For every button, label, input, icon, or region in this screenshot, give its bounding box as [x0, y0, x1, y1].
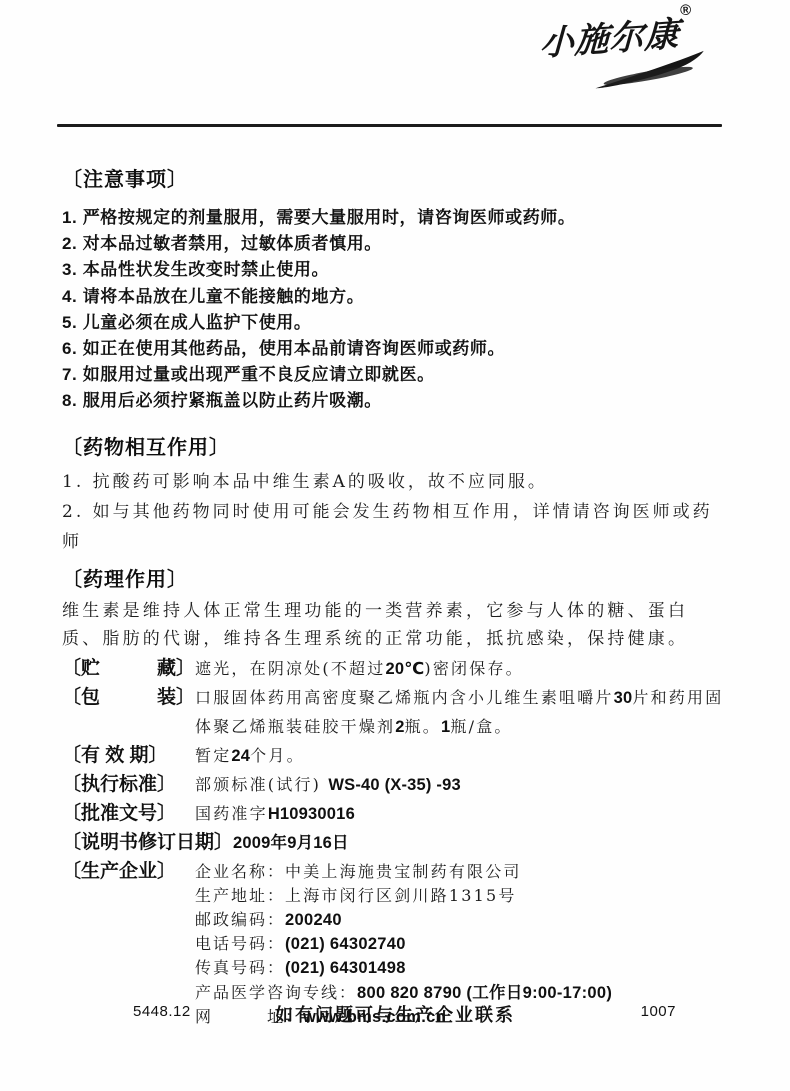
field-value-part: 瓶/盒。 [450, 717, 512, 736]
field-label-standard: 〔执行标准〕 [62, 771, 195, 799]
field-row-revision-date: 〔说明书修订日期〕 2009年9月16日 [62, 829, 724, 857]
field-value-part: 20℃ [385, 660, 424, 678]
field-label-storage: 〔贮 藏〕 [62, 655, 195, 683]
precaution-item: 5. 儿童必须在成人监护下使用。 [62, 310, 724, 336]
company-row-label: 传真号码： [195, 956, 285, 980]
precaution-item: 4. 请将本品放在儿童不能接触的地方。 [62, 284, 724, 310]
company-row-address: 生产地址： 上海市闵行区剑川路1315号 [195, 884, 612, 908]
footer: 5448.12 如有问题可与生产企业联系 1007 [0, 1001, 790, 1027]
package-insert-page: 小施尔康® 〔注意事项〕 1. 严格按规定的剂量服用，需要大量服用时，请咨询医师… [0, 0, 790, 1091]
field-value-revision-date: 2009年9月16日 [233, 829, 349, 857]
field-row-approval: 〔批准文号〕 国药准字H10930016 [62, 800, 724, 829]
field-value-part: WS-40 (X-35) -93 [328, 776, 461, 794]
precaution-item: 2. 对本品过敏者禁用，过敏体质者慎用。 [62, 231, 724, 257]
field-value-part: 口服固体药用高密度聚乙烯瓶内含小儿维生素咀嚼片 [195, 688, 614, 707]
field-value-part: 瓶。 [405, 717, 441, 736]
section-interactions: 〔药物相互作用〕 1. 抗酸药可影响本品中维生素A的吸收，故不应同服。 2. 如… [62, 435, 724, 557]
field-row-validity: 〔有 效 期〕 暂定24个月。 [62, 742, 724, 771]
company-row-label: 生产地址： [195, 884, 285, 908]
company-row-label: 企业名称： [195, 860, 285, 884]
field-value-part: 30 [614, 689, 633, 707]
leaflet-content: 〔注意事项〕 1. 严格按规定的剂量服用，需要大量服用时，请咨询医师或药师。 2… [62, 167, 724, 1029]
field-value-packaging: 口服固体药用高密度聚乙烯瓶内含小儿维生素咀嚼片30片和药用固体聚乙烯瓶装硅胶干燥… [195, 684, 724, 742]
section-title-interactions: 〔药物相互作用〕 [62, 435, 724, 461]
brand-logo: 小施尔康® [538, 4, 719, 101]
company-row-value: 上海市闵行区剑川路1315号 [285, 884, 517, 908]
section-title-precautions: 〔注意事项〕 [62, 167, 724, 193]
field-value-part: 暂定 [195, 746, 231, 765]
section-title-pharmacology: 〔药理作用〕 [62, 567, 724, 593]
field-value-part: 部颁标准(试行) [195, 775, 328, 794]
divider-line [57, 124, 722, 127]
company-row-postcode: 邮政编码： 200240 [195, 908, 612, 932]
registered-trademark-icon: ® [680, 2, 692, 20]
precaution-item: 3. 本品性状发生改变时禁止使用。 [62, 257, 724, 283]
field-value-approval: 国药准字H10930016 [195, 800, 355, 829]
company-row-name: 企业名称： 中美上海施贵宝制药有限公司 [195, 860, 612, 884]
section-pharmacology: 〔药理作用〕 维生素是维持人体正常生理功能的一类营养素，它参与人体的糖、蛋白质、… [62, 567, 724, 653]
field-label-manufacturer: 〔生产企业〕 [62, 858, 195, 886]
field-value-part: 1 [441, 718, 450, 736]
field-value-part: 遮光，在阴凉处(不超过 [195, 659, 385, 678]
precaution-item: 8. 服用后必须拧紧瓶盖以防止药片吸潮。 [62, 388, 724, 414]
field-value-storage: 遮光，在阴凉处(不超过20℃)密闭保存。 [195, 655, 524, 684]
field-value-standard: 部颁标准(试行) WS-40 (X-35) -93 [195, 771, 461, 800]
field-label-validity: 〔有 效 期〕 [62, 742, 195, 770]
precaution-item: 1. 严格按规定的剂量服用，需要大量服用时，请咨询医师或药师。 [62, 205, 724, 231]
interaction-item: 2. 如与其他药物同时使用可能会发生药物相互作用，详情请咨询医师或药师 [62, 497, 724, 557]
company-row-label: 邮政编码： [195, 908, 285, 932]
company-row-value: 200240 [285, 908, 342, 932]
field-label-packaging: 〔包 装〕 [62, 684, 195, 712]
field-value-part: 个月。 [250, 746, 305, 765]
pharmacology-body: 维生素是维持人体正常生理功能的一类营养素，它参与人体的糖、蛋白质、脂肪的代谢，维… [62, 597, 724, 653]
precautions-list: 1. 严格按规定的剂量服用，需要大量服用时，请咨询医师或药师。 2. 对本品过敏… [62, 205, 724, 415]
precaution-item: 6. 如正在使用其他药品，使用本品前请咨询医师或药师。 [62, 336, 724, 362]
field-label-revision-date: 〔说明书修订日期〕 [62, 829, 233, 857]
company-row-label: 电话号码： [195, 932, 285, 956]
field-row-packaging: 〔包 装〕 口服固体药用高密度聚乙烯瓶内含小儿维生素咀嚼片30片和药用固体聚乙烯… [62, 684, 724, 742]
company-row-value: (021) 64302740 [285, 932, 406, 956]
field-value-part: H10930016 [268, 805, 355, 823]
field-value-part: )密闭保存。 [424, 659, 523, 678]
field-row-storage: 〔贮 藏〕 遮光，在阴凉处(不超过20℃)密闭保存。 [62, 655, 724, 684]
field-label-approval: 〔批准文号〕 [62, 800, 195, 828]
company-row-value: 中美上海施贵宝制药有限公司 [285, 860, 522, 884]
company-row-fax: 传真号码： (021) 64301498 [195, 956, 612, 980]
precaution-item: 7. 如服用过量或出现严重不良反应请立即就医。 [62, 362, 724, 388]
field-value-part: 2 [395, 718, 404, 736]
interaction-item: 1. 抗酸药可影响本品中维生素A的吸收，故不应同服。 [62, 467, 724, 497]
company-row-value: (021) 64301498 [285, 956, 406, 980]
company-row-phone: 电话号码： (021) 64302740 [195, 932, 612, 956]
field-row-standard: 〔执行标准〕 部颁标准(试行) WS-40 (X-35) -93 [62, 771, 724, 800]
field-value-validity: 暂定24个月。 [195, 742, 305, 771]
field-value-part: 国药准字 [195, 804, 268, 823]
footer-right-code: 1007 [641, 1003, 676, 1020]
field-value-part: 24 [231, 747, 250, 765]
